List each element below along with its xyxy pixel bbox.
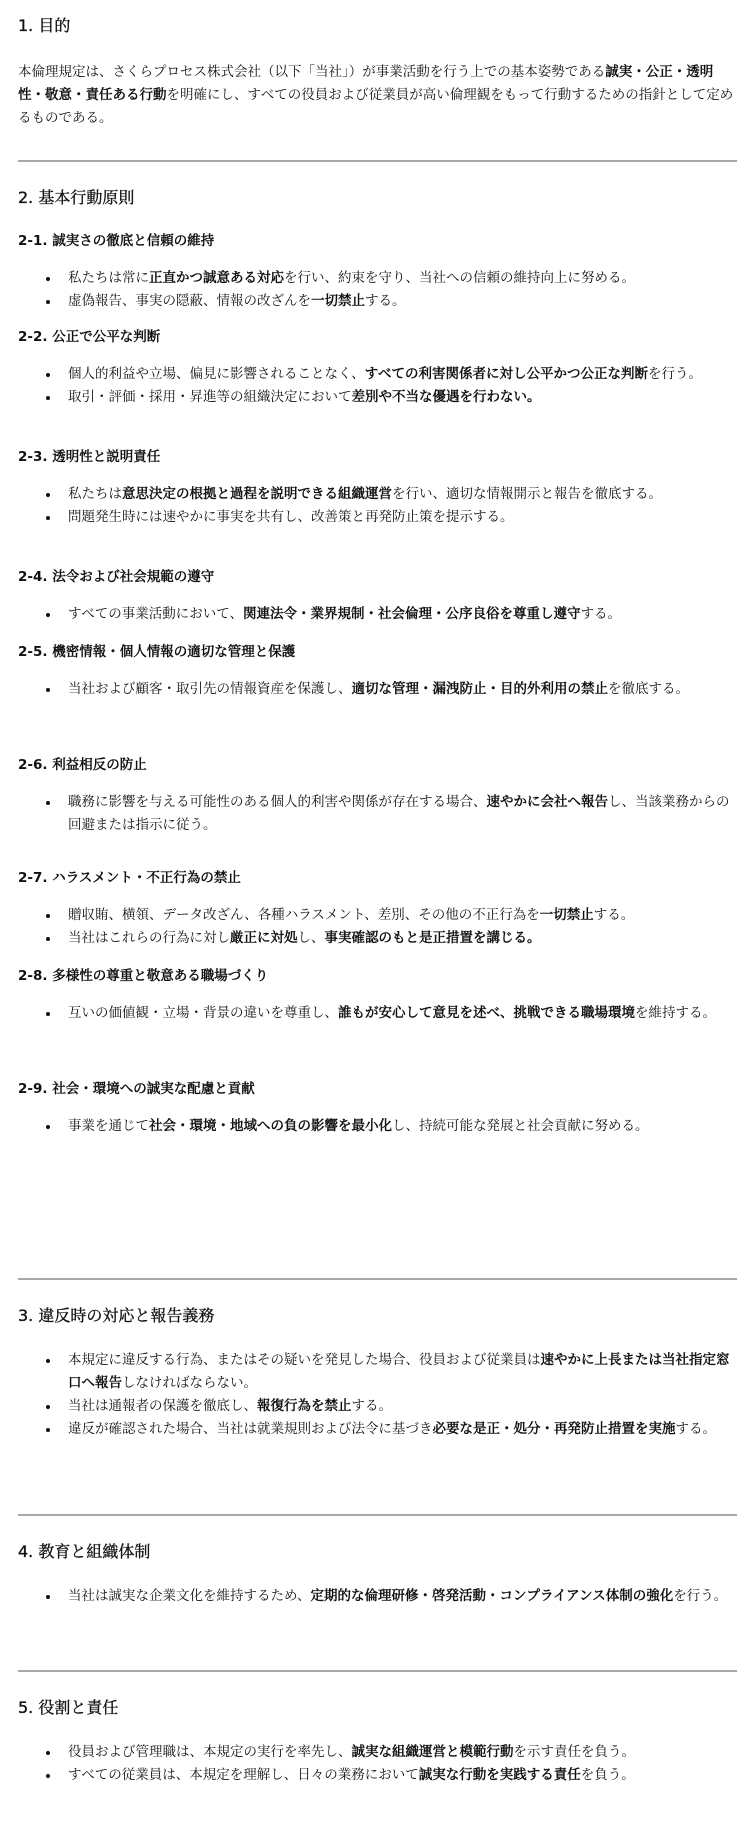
section-title: 2. 基本行動原則 <box>18 182 737 217</box>
section-basic-principles: 2. 基本行動原則 2-1. 誠実さの徹底と信頼の維持 私たちは常に正直かつ誠意… <box>18 162 737 1278</box>
list-item: 当社および顧客・取引先の情報資産を保護し、適切な管理・漏洩防止・目的外利用の禁止… <box>68 678 737 701</box>
subsection-title: 2-9. 社会・環境への誠実な配慮と貢献 <box>18 1079 737 1099</box>
list-item: 役員および管理職は、本規定の実行を率先し、誠実な組織運営と模範行動を示す責任を負… <box>68 1741 737 1764</box>
emphasis-text: 誠実な組織運営と模範行動 <box>352 1744 514 1760</box>
subsection-2-3: 2-3. 透明性と説明責任 私たちは意思決定の根拠と過程を説明できる組織運営を行… <box>18 447 737 567</box>
list-item: 当社はこれらの行為に対し厳正に対処し、事実確認のもと是正措置を講じる。 <box>68 927 737 950</box>
list-item: 私たちは意思決定の根拠と過程を説明できる組織運営を行い、適切な情報開示と報告を徹… <box>68 483 737 506</box>
list-item: 取引・評価・採用・昇進等の組織決定において差別や不当な優遇を行わない。 <box>68 386 737 409</box>
subsection-2-5: 2-5. 機密情報・個人情報の適切な管理と保護 当社および顧客・取引先の情報資産… <box>18 642 737 755</box>
subsection-title: 2-7. ハラスメント・不正行為の禁止 <box>18 868 737 888</box>
section-title: 1. 目的 <box>18 10 737 45</box>
emphasis-text: 定期的な倫理研修・啓発活動・コンプライアンス体制の強化 <box>310 1588 673 1604</box>
list-item: 本規定に違反する行為、またはその疑いを発見した場合、役員および従業員は速やかに上… <box>68 1349 737 1395</box>
list-item: 虚偽報告、事実の隠蔽、情報の改ざんを一切禁止する。 <box>68 290 737 313</box>
list-item: 職務に影響を与える可能性のある個人的利害や関係が存在する場合、速やかに会社へ報告… <box>68 791 737 837</box>
section-violations: 3. 違反時の対応と報告義務 本規定に違反する行為、またはその疑いを発見した場合… <box>18 1280 737 1514</box>
subsection-2-7: 2-7. ハラスメント・不正行為の禁止 贈収賄、横領、データ改ざん、各種ハラスメ… <box>18 868 737 966</box>
emphasis-text: 誰もが安心して意見を述べ、挑戦できる職場環境 <box>338 1005 635 1021</box>
subsection-2-8: 2-8. 多様性の尊重と敬意ある職場づくり 互いの価値観・立場・背景の違いを尊重… <box>18 966 737 1079</box>
section-education: 4. 教育と組織体制 当社は誠実な企業文化を維持するため、定期的な倫理研修・啓発… <box>18 1516 737 1670</box>
emphasis-text: 正直かつ誠意ある対応 <box>149 270 284 286</box>
section-roles: 5. 役割と責任 役員および管理職は、本規定の実行を率先し、誠実な組織運営と模範… <box>18 1672 737 1823</box>
subsection-title: 2-3. 透明性と説明責任 <box>18 447 737 467</box>
subsection-title: 2-2. 公正で公平な判断 <box>18 327 737 347</box>
emphasis-text: 差別や不当な優遇を行わない。 <box>352 389 541 405</box>
subsection-title: 2-1. 誠実さの徹底と信頼の維持 <box>18 231 737 251</box>
section-title: 5. 役割と責任 <box>18 1692 737 1727</box>
subsection-2-6: 2-6. 利益相反の防止 職務に影響を与える可能性のある個人的利害や関係が存在す… <box>18 755 737 868</box>
emphasis-text: 誠実・公正・透明性・敬意・責任ある行動 <box>18 64 713 103</box>
subsection-title: 2-4. 法令および社会規範の遵守 <box>18 567 737 587</box>
emphasis-text: 必要な是正・処分・再発防止措置を実施 <box>433 1421 676 1437</box>
emphasis-text: 関連法令・業界規制・社会倫理・公序良俗を尊重し遵守 <box>243 606 581 622</box>
emphasis-text: 報復行為を禁止 <box>257 1398 352 1414</box>
list-item: 当社は誠実な企業文化を維持するため、定期的な倫理研修・啓発活動・コンプライアンス… <box>68 1585 737 1608</box>
subsection-2-2: 2-2. 公正で公平な判断 個人的利益や立場、偏見に影響されることなく、すべての… <box>18 327 737 447</box>
emphasis-text: 一切禁止 <box>311 293 365 309</box>
emphasis-text: すべての利害関係者に対し公平かつ公正な判断 <box>365 366 648 382</box>
subsection-2-4: 2-4. 法令および社会規範の遵守 すべての事業活動において、関連法令・業界規制… <box>18 567 737 642</box>
emphasis-text: 厳正に対処 <box>230 930 298 946</box>
list-item: すべての事業活動において、関連法令・業界規制・社会倫理・公序良俗を尊重し遵守する… <box>68 603 737 626</box>
list-item: 当社は通報者の保護を徹底し、報復行為を禁止する。 <box>68 1395 737 1418</box>
list-item: すべての従業員は、本規定を理解し、日々の業務において誠実な行動を実践する責任を負… <box>68 1764 737 1787</box>
emphasis-text: 社会・環境・地域への負の影響を最小化 <box>149 1118 392 1134</box>
list-item: 互いの価値観・立場・背景の違いを尊重し、誰もが安心して意見を述べ、挑戦できる職場… <box>68 1002 737 1025</box>
list-item: 問題発生時には速やかに事実を共有し、改善策と再発防止策を提示する。 <box>68 506 737 529</box>
list-item: 私たちは常に正直かつ誠意ある対応を行い、約束を守り、当社への信頼の維持向上に努め… <box>68 267 737 290</box>
list-item: 事業を通じて社会・環境・地域への負の影響を最小化し、持続可能な発展と社会貢献に努… <box>68 1115 737 1138</box>
emphasis-text: 速やかに会社へ報告 <box>487 794 609 810</box>
list-item: 個人的利益や立場、偏見に影響されることなく、すべての利害関係者に対し公平かつ公正… <box>68 363 737 386</box>
purpose-paragraph: 本倫理規定は、さくらプロセス株式会社（以下「当社」）が事業活動を行う上での基本姿… <box>18 61 737 130</box>
subsection-2-1: 2-1. 誠実さの徹底と信頼の維持 私たちは常に正直かつ誠意ある対応を行い、約束… <box>18 231 737 327</box>
subsection-title: 2-6. 利益相反の防止 <box>18 755 737 775</box>
ethics-document: 1. 目的 本倫理規定は、さくらプロセス株式会社（以下「当社」）が事業活動を行う… <box>0 0 755 1823</box>
list-item: 違反が確認された場合、当社は就業規則および法令に基づき必要な是正・処分・再発防止… <box>68 1418 737 1441</box>
emphasis-text: 事実確認のもと是正措置を講じる。 <box>325 930 541 946</box>
list-item: 贈収賄、横領、データ改ざん、各種ハラスメント、差別、その他の不正行為を一切禁止す… <box>68 904 737 927</box>
subsection-title: 2-5. 機密情報・個人情報の適切な管理と保護 <box>18 642 737 662</box>
emphasis-text: 一切禁止 <box>540 907 594 923</box>
subsection-2-9: 2-9. 社会・環境への誠実な配慮と貢献 事業を通じて社会・環境・地域への負の影… <box>18 1079 737 1149</box>
emphasis-text: 速やかに上長または当社指定窓口へ報告 <box>68 1352 730 1391</box>
subsection-title: 2-8. 多様性の尊重と敬意ある職場づくり <box>18 966 737 986</box>
section-purpose: 1. 目的 本倫理規定は、さくらプロセス株式会社（以下「当社」）が事業活動を行う… <box>18 10 737 160</box>
section-title: 3. 違反時の対応と報告義務 <box>18 1300 737 1335</box>
emphasis-text: 適切な管理・漏洩防止・目的外利用の禁止 <box>352 681 609 697</box>
emphasis-text: 意思決定の根拠と過程を説明できる組織運営 <box>122 486 392 502</box>
emphasis-text: 誠実な行動を実践する責任 <box>419 1767 581 1783</box>
section-title: 4. 教育と組織体制 <box>18 1536 737 1571</box>
